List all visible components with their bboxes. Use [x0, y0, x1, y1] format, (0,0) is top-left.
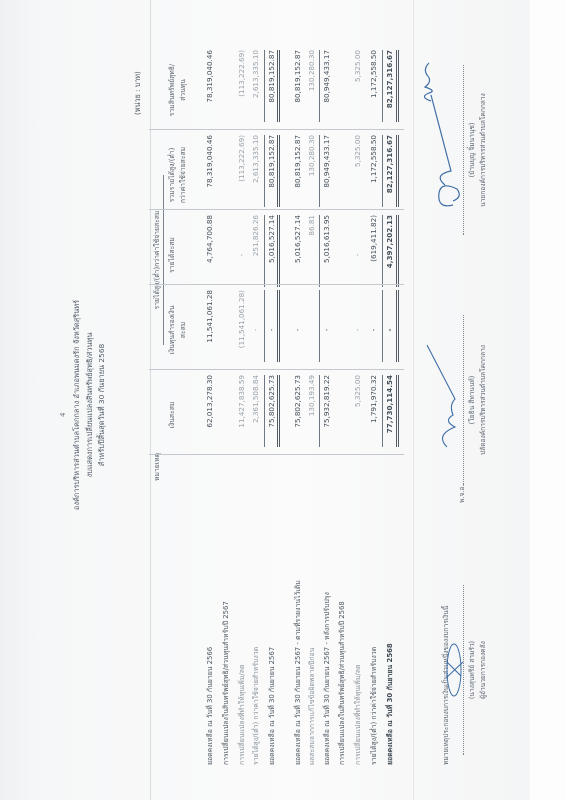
column-header-accumulated: เงินสะสม — [167, 375, 178, 455]
table-cell-total_equity: 80,819,152.87 — [293, 50, 302, 130]
title-period: สำหรับปีสิ้นสุดวันที่ 30 กันยายน 2568 — [96, 215, 109, 595]
table-cell-reserve: - — [385, 290, 394, 370]
table-cell-accumulated: 11,427,838.59 — [237, 375, 246, 455]
signature-block-finance-director: (นางสุนทรีย์ สามรัว) ผู้อำนวยการกองคลัง — [463, 585, 489, 755]
table-cell-total_equity: 82,127,316.67 — [385, 50, 394, 130]
signer-title: ผู้อำนวยการกองคลัง — [478, 585, 489, 755]
signer-name: (โยธิน สีทานนท์) — [467, 315, 478, 485]
double-underline — [277, 375, 280, 447]
subtotal-line — [382, 50, 383, 122]
initials-mark-icon — [417, 59, 439, 105]
document-title: องค์การบริหารส่วนตำบลโคกกลาง อำเภอพนมดงร… — [71, 215, 109, 595]
table-cell-accumulated_income: 86.81 — [307, 215, 316, 295]
column-header-total_surplus: รวมรายได้สูง/(ต่ำ)กว่าค่าใช้จ่ายสะสม — [167, 135, 189, 215]
double-underline — [277, 50, 280, 122]
row-label: การเปลี่ยนแปลงในสินทรัพย์สุทธิ/ส่วนทุนสำ… — [221, 601, 232, 765]
table-cell-accumulated_income: 5,016,613.95 — [322, 215, 331, 295]
subtotal-line — [319, 135, 320, 207]
table-cell-accumulated: 75,802,625.73 — [293, 375, 302, 455]
subtotal-line — [382, 375, 383, 447]
subtotal-line — [319, 50, 320, 122]
table-cell-accumulated_income: (619,411.82) — [369, 215, 378, 295]
subtotal-line — [319, 290, 320, 362]
column-header-line: กว่าค่าใช้จ่ายสะสม — [178, 135, 189, 215]
surplus-group-header: รายได้สูง/(ต่ำ)กว่าค่าใช้จ่ายสะสม — [151, 175, 164, 345]
row-label: ผลสะสมจากการแก้ไขข้อผิดพลาดปีก่อน — [307, 648, 318, 765]
double-underline — [396, 375, 399, 447]
subtotal-line — [264, 215, 265, 287]
table-cell-accumulated_income: 5,016,527.14 — [267, 215, 276, 295]
row-label: รายได้สูง/(ต่ำ) กว่าค่าใช้จ่ายสำหรับงวด — [251, 647, 262, 765]
column-divider — [149, 129, 404, 130]
subtotal-line — [264, 50, 265, 122]
table-cell-total_equity: 80,949,433.17 — [322, 50, 331, 130]
subtotal-line — [264, 135, 265, 207]
double-underline — [396, 50, 399, 122]
table-cell-accumulated: 75,932,819.22 — [322, 375, 331, 455]
signature-mark-icon — [425, 335, 465, 455]
signer-name: (บ้านบุญ จิ๋มนานุช) — [467, 65, 478, 235]
table-cell-accumulated_income: 5,016,527.14 — [293, 215, 302, 295]
title-statement: งบแสดงการเปลี่ยนแปลงสินทรัพย์สุทธิ/ส่วนท… — [84, 215, 97, 595]
table-cell-accumulated_income: 4,397,202.13 — [385, 215, 394, 295]
table-cell-total_equity: 130,280.30 — [307, 50, 316, 130]
table-cell-reserve: - — [293, 290, 302, 370]
table-cell-reserve: - — [322, 290, 331, 370]
double-underline — [396, 215, 399, 287]
column-header-line: รวมสินทรัพย์สุทธิ/ — [167, 50, 178, 130]
title-organization: องค์การบริหารส่วนตำบลโคกกลาง อำเภอพนมดงร… — [71, 215, 84, 595]
subtotal-line — [264, 290, 265, 362]
table-cell-total_equity: 2,613,335.10 — [251, 50, 260, 130]
table-cell-accumulated_income: - — [237, 215, 246, 295]
table-cell-total_equity: 1,172,558.50 — [369, 50, 378, 130]
column-divider — [149, 369, 404, 370]
table-cell-accumulated_income: 4,764,700.88 — [205, 215, 214, 295]
column-header-line: สะสม — [178, 290, 189, 370]
double-underline — [277, 135, 280, 207]
table-cell-accumulated_income: 251,826.26 — [251, 215, 260, 295]
table-cell-total_surplus: (113,222.69) — [237, 135, 246, 215]
signer-rank: พ.จ.อ. — [457, 485, 468, 503]
table-cell-accumulated: 75,802,625.73 — [267, 375, 276, 455]
row-label: การเปลี่ยนแปลงในสินทรัพย์สุทธิ/ส่วนทุนสำ… — [337, 601, 348, 765]
table-cell-accumulated: 2,361,508.84 — [251, 375, 260, 455]
table-cell-total_equity: (113,222.69) — [237, 50, 246, 130]
column-divider — [149, 454, 404, 455]
subtotal-line — [319, 215, 320, 287]
column-header-line: ส่วนทุน — [178, 50, 189, 130]
note-column-header: หมายเหตุ — [151, 453, 162, 481]
row-label: การเปลี่ยนแปลงที่ทำให้ทุนเพิ่ม/ลด — [237, 665, 248, 765]
row-label: ยอดคงเหลือ ณ วันที่ 30 กันยายน 2566 — [205, 647, 216, 765]
column-divider — [149, 209, 404, 210]
signature-block-mayor: (บ้านบุญ จิ๋มนานุช) นายกองค์การบริหารส่ว… — [463, 65, 489, 235]
double-underline — [277, 215, 280, 287]
row-label: รายได้สูง/(ต่ำ) กว่าค่าใช้จ่ายสำหรับงวด — [369, 647, 380, 765]
row-label: การเปลี่ยนแปลงที่ทำให้ทุนเพิ่ม/ลด — [353, 665, 364, 765]
signer-title: ปลัดองค์การบริหารส่วนตำบลโคกกลาง — [478, 315, 489, 485]
row-label: ยอดคงเหลือ ณ วันที่ 30 กันยายน 2567 — [267, 647, 278, 765]
table-cell-accumulated: 62,013,278.30 — [205, 375, 214, 455]
table-cell-accumulated: 5,325.00 — [353, 375, 362, 455]
subtotal-line — [319, 375, 320, 447]
column-header-line: รายได้สะสม — [167, 215, 178, 295]
subtotal-line — [382, 290, 383, 362]
table-cell-total_surplus: 82,127,316.67 — [385, 135, 394, 215]
subtotal-line — [264, 375, 265, 447]
row-label: ยอดคงเหลือ ณ วันที่ 30 กันยายน 2568 — [385, 643, 396, 765]
subtotal-line — [382, 135, 383, 207]
table-cell-total_surplus: 78,319,040.46 — [205, 135, 214, 215]
table-cell-reserve: - — [353, 290, 362, 370]
table-cell-reserve: - — [267, 290, 276, 370]
column-header-accumulated_income: รายได้สะสม — [167, 215, 178, 295]
double-underline — [277, 290, 280, 362]
table-cell-reserve: - — [369, 290, 378, 370]
currency-unit: (หน่วย : บาท) — [133, 71, 144, 115]
signer-title: นายกองค์การบริหารส่วนตำบลโคกกลาง — [478, 65, 489, 235]
subtotal-line — [382, 215, 383, 287]
row-label: ยอดคงเหลือ ณ วันที่ 30 กันยายน 2567 - ตา… — [293, 580, 304, 765]
table-cell-accumulated: 77,730,114.54 — [385, 375, 394, 455]
column-header-line: รวมรายได้สูง/(ต่ำ) — [167, 135, 178, 215]
table-cell-total_surplus: 80,949,433.17 — [322, 135, 331, 215]
table-cell-total_equity: 78,319,040.46 — [205, 50, 214, 130]
table-cell-reserve: (11,541,061.28) — [237, 290, 246, 370]
table-cell-total_equity: 80,819,152.87 — [267, 50, 276, 130]
rotated-document-page: 4 องค์การบริหารส่วนตำบลโคกกลาง อำเภอพนมด… — [45, 35, 545, 795]
signature-block-chief-administrator: พ.จ.อ. (โยธิน สีทานนท์) ปลัดองค์การบริหา… — [463, 315, 489, 485]
page-number: 4 — [59, 413, 67, 417]
signature-mark-icon — [441, 640, 467, 700]
table-cell-reserve: - — [251, 290, 260, 370]
table-cell-accumulated: 130,193.49 — [307, 375, 316, 455]
table-cell-total_surplus: 2,613,335.10 — [251, 135, 260, 215]
table-cell-total_surplus: 5,325.00 — [353, 135, 362, 215]
table-cell-total_surplus: 80,819,152.87 — [293, 135, 302, 215]
double-underline — [396, 290, 399, 362]
column-header-total_equity: รวมสินทรัพย์สุทธิ/ส่วนทุน — [167, 50, 189, 130]
column-header-reserve: เงินทุนสำรองเงินสะสม — [167, 290, 189, 370]
table-cell-total_surplus: 1,172,558.50 — [369, 135, 378, 215]
column-header-line: เงินทุนสำรองเงิน — [167, 290, 178, 370]
table-cell-accumulated: 1,791,970.32 — [369, 375, 378, 455]
column-divider — [149, 284, 404, 285]
table-cell-total_equity: 5,325.00 — [353, 50, 362, 130]
table-cell-total_surplus: 80,819,152.87 — [267, 135, 276, 215]
row-label: ยอดคงเหลือ ณ วันที่ 30 กันยายน 2567 - หล… — [322, 592, 333, 765]
double-underline — [396, 135, 399, 207]
table-cell-total_surplus: 130,280.30 — [307, 135, 316, 215]
column-header-line: เงินสะสม — [167, 375, 178, 455]
signer-name: (นางสุนทรีย์ สามรัว) — [467, 585, 478, 755]
table-cell-accumulated_income: - — [353, 215, 362, 295]
table-cell-reserve: 11,541,061.28 — [205, 290, 214, 370]
